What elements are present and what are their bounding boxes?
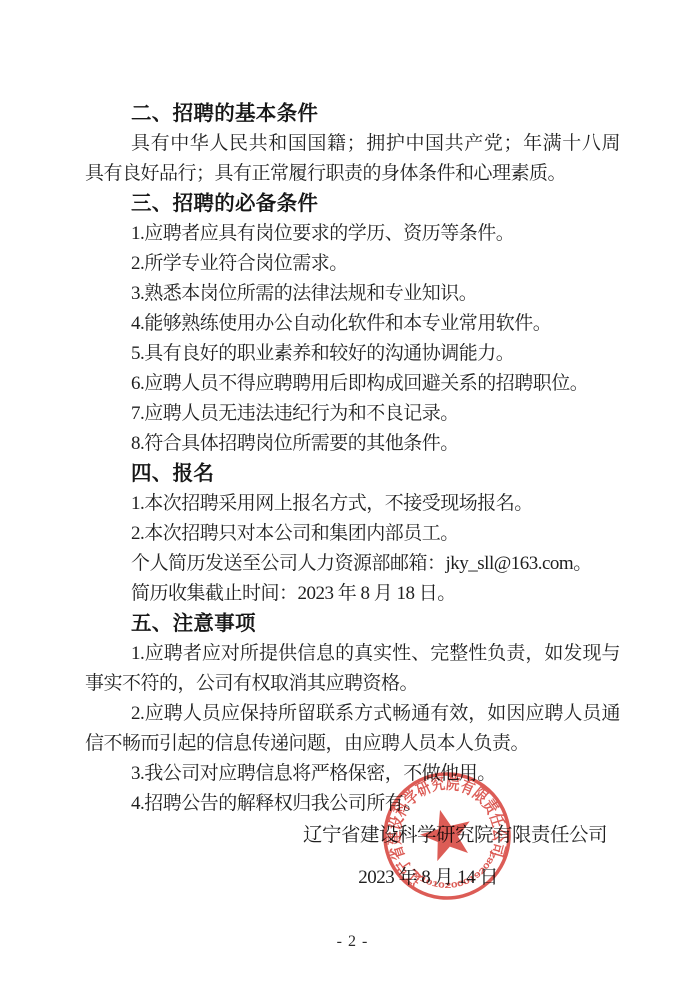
- body-line: 具有中华人民共和国国籍；拥护中国共产党；年满十八周岁；: [85, 129, 620, 159]
- list-item: 3.熟悉本岗位所需的法律法规和专业知识。: [85, 279, 620, 309]
- body-line: 具有良好品行；具有正常履行职责的身体条件和心理素质。: [85, 159, 620, 189]
- list-item: 1.应聘者应具有岗位要求的学历、资历等条件。: [85, 219, 620, 249]
- heading-required-conditions: 三、招聘的必备条件: [85, 189, 620, 219]
- list-item: 7.应聘人员无违法违纪行为和不良记录。: [85, 399, 620, 429]
- body-line: 事实不符的，公司有权取消其应聘资格。: [85, 669, 620, 699]
- signature-date: 2023 年 8 月 14 日: [85, 863, 620, 893]
- body-line: 1.应聘者应对所提供信息的真实性、完整性负责，如发现与: [85, 639, 620, 669]
- list-item: 1.本次招聘采用网上报名方式，不接受现场报名。: [85, 489, 620, 519]
- signature-company: 辽宁省建设科学研究院有限责任公司: [85, 821, 620, 851]
- list-item: 6.应聘人员不得应聘聘用后即构成回避关系的招聘职位。: [85, 369, 620, 399]
- document-page: 二、招聘的基本条件 具有中华人民共和国国籍；拥护中国共产党；年满十八周岁； 具有…: [0, 0, 700, 996]
- body-line: 3.我公司对应聘信息将严格保密，不做他用。: [85, 759, 620, 789]
- list-item: 5.具有良好的职业素养和较好的沟通协调能力。: [85, 339, 620, 369]
- heading-basic-conditions: 二、招聘的基本条件: [85, 99, 620, 129]
- body-line: 4.招聘公告的解释权归我公司所有。: [85, 789, 620, 819]
- list-item: 8.符合具体招聘岗位所需要的其他条件。: [85, 429, 620, 459]
- document-body: 二、招聘的基本条件 具有中华人民共和国国籍；拥护中国共产党；年满十八周岁； 具有…: [85, 99, 620, 957]
- body-line: 2.应聘人员应保持所留联系方式畅通有效，如因应聘人员通: [85, 699, 620, 729]
- page-number: - 2 -: [85, 927, 620, 957]
- heading-notes: 五、注意事项: [85, 609, 620, 639]
- heading-signup: 四、报名: [85, 459, 620, 489]
- list-item: 2.本次招聘只对本公司和集团内部员工。: [85, 519, 620, 549]
- body-line: 信不畅而引起的信息传递问题，由应聘人员本人负责。: [85, 729, 620, 759]
- email-line: 个人简历发送至公司人力资源部邮箱：jky_sll@163.com。: [85, 549, 620, 579]
- list-item: 4.能够熟练使用办公自动化软件和本专业常用软件。: [85, 309, 620, 339]
- list-item: 2.所学专业符合岗位需求。: [85, 249, 620, 279]
- deadline-line: 简历收集截止时间：2023 年 8 月 18 日。: [85, 579, 620, 609]
